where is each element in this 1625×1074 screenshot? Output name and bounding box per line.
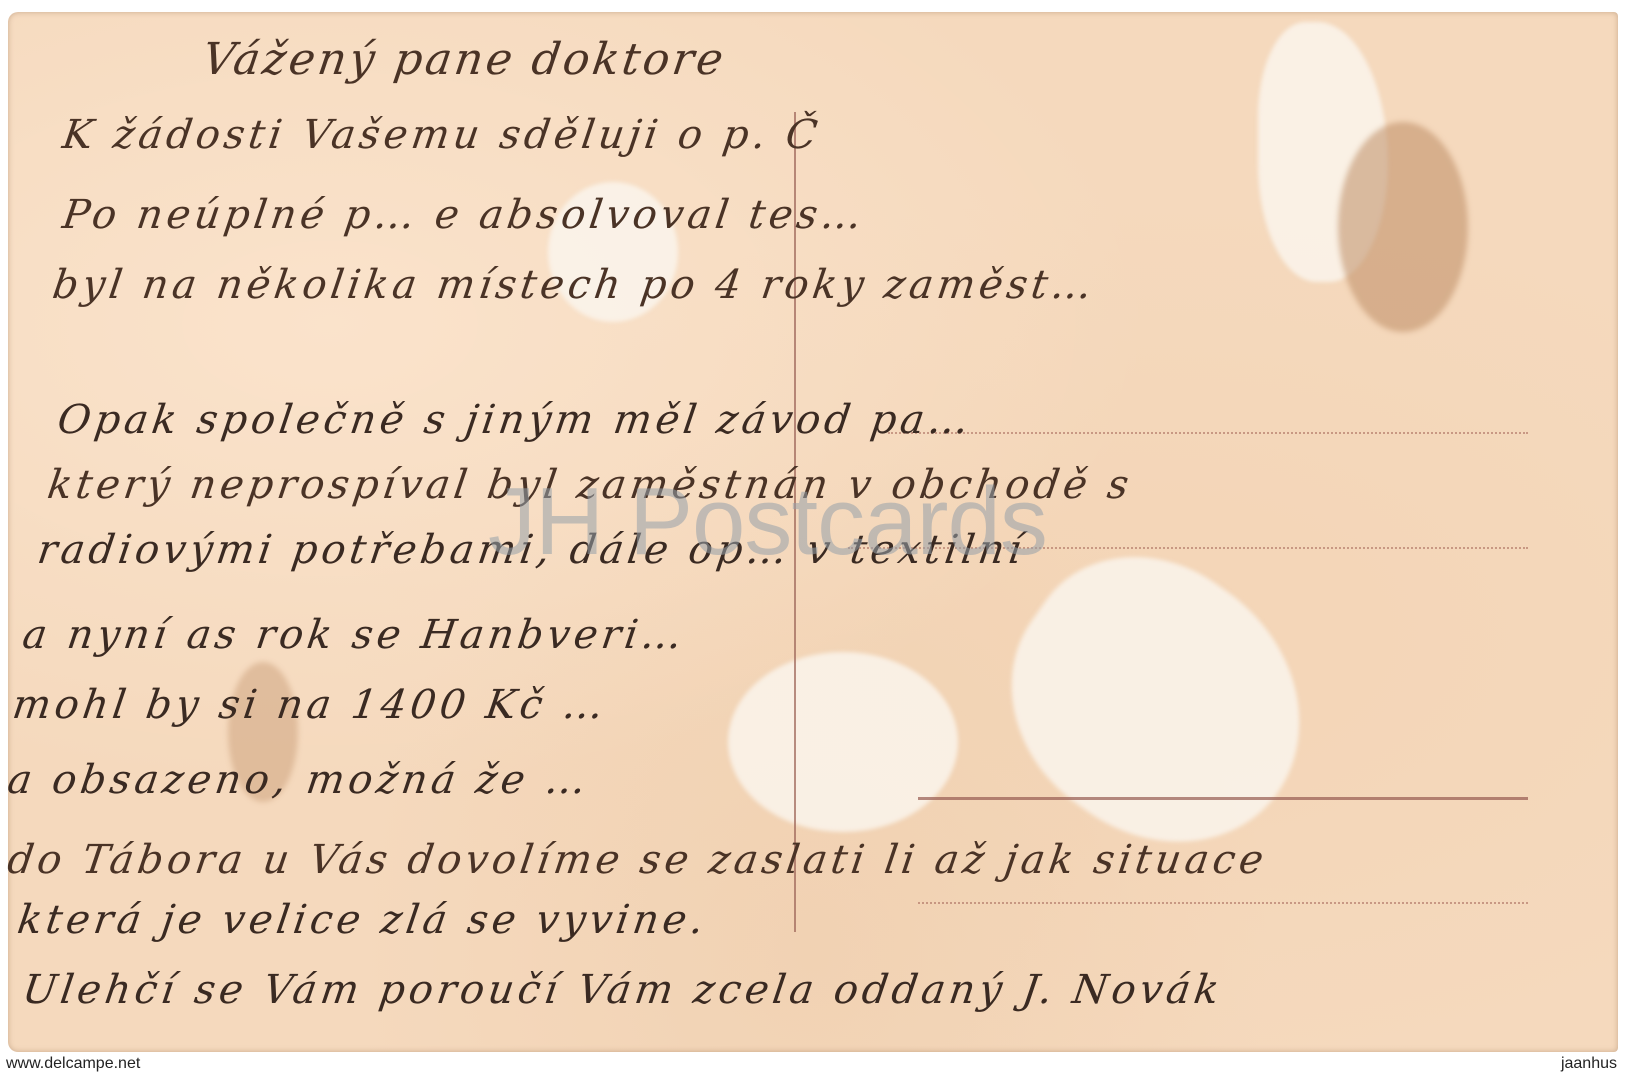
address-line bbox=[918, 902, 1528, 904]
handwritten-line-12: Ulehčí se Vám poroučí Vám zcela oddaný J… bbox=[20, 967, 1226, 1013]
source-credit-right: jaanhus bbox=[1561, 1053, 1617, 1074]
handwritten-line-3: byl na několika místech po 4 roky zaměst… bbox=[50, 262, 1099, 308]
watermark: JH Postcards bbox=[488, 467, 1047, 577]
handwritten-line-11: která je velice zlá se vyvine. bbox=[15, 897, 711, 943]
handwritten-line-9: a obsazeno, možná že … bbox=[5, 757, 593, 803]
handwritten-line-1: K žádosti Vašemu sděluji o p. Č bbox=[60, 112, 824, 158]
handwritten-line-7: a nyní as rok se Hanbveri… bbox=[20, 612, 689, 658]
handwritten-line-2: Po neúplné p… e absolvoval tes… bbox=[60, 192, 869, 238]
brown-stain bbox=[1338, 122, 1468, 332]
handwritten-line-10: do Tábora u Vás dovolíme se zaslati li a… bbox=[5, 837, 1271, 883]
address-line bbox=[888, 432, 1528, 434]
handwritten-line-4: Opak společně s jiným měl závod pa… bbox=[55, 397, 976, 443]
handwritten-line-8: mohl by si na 1400 Kč … bbox=[10, 682, 611, 728]
postcard: Vážený pane doktore K žádosti Vašemu sdě… bbox=[8, 12, 1618, 1052]
address-line-solid bbox=[918, 797, 1528, 800]
paper-tear-patch bbox=[728, 652, 958, 832]
greeting-text: Vážený pane doktore bbox=[199, 34, 729, 85]
source-credit-left: www.delcampe.net bbox=[6, 1053, 140, 1074]
